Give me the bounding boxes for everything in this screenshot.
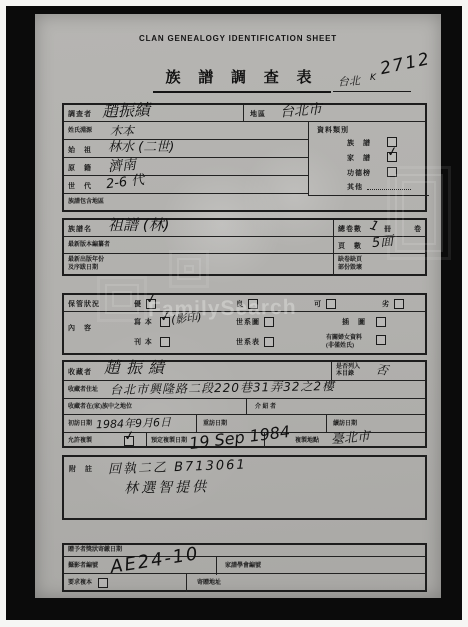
native-place-handwriting: 濟南 — [107, 158, 136, 174]
cell-introducer: 介 紹 者 — [247, 399, 429, 415]
merit-board-checkbox — [387, 167, 397, 177]
first-ancestor-handwriting: 林水 (二世) — [108, 141, 174, 154]
listed-label-line1: 是否列入 — [336, 364, 360, 371]
reference-number: 台北 K 2712 — [328, 54, 438, 94]
condition-poor-label: 劣 — [382, 300, 390, 308]
native-place-label: 原 籍 — [68, 164, 92, 172]
category-label: 資料類別 — [317, 126, 349, 134]
row-publication: 最新出版年份 及序跋日期 缺卷缺頁 部份毀壞 — [64, 254, 425, 276]
notes-line1-handwriting: 回執二乙 B713061 — [108, 459, 247, 477]
pedigree-table-label: 世系表 — [236, 338, 260, 346]
manuscript-checkbox — [160, 317, 170, 327]
surveyor-handwriting: 趙振績 — [102, 102, 151, 120]
merit-board-label: 功德榜 — [347, 169, 371, 177]
copy-request-label: 要求複本 — [68, 580, 92, 587]
other-category-label: 其他 — [347, 183, 363, 191]
printed-edition-checkbox — [160, 337, 170, 347]
row-first-ancestor: 始 祖 林水 (二世) — [64, 140, 308, 158]
introducer-label: 介 紹 者 — [255, 404, 276, 411]
genealogy-form-paper: CLAN GENEALOGY IDENTIFICATION SHEET 族 譜 … — [35, 14, 441, 598]
award-date-label: 贈予者獎狀寄繳日期 — [68, 547, 122, 554]
cell-defects: 缺卷缺頁 部份毀壞 — [334, 254, 429, 276]
form-title: 族 譜 調 查 表 — [153, 66, 331, 93]
cell-copy-request: 要求複本 — [64, 574, 187, 592]
cell-compiler: 最新版本編纂者 — [64, 237, 334, 254]
women-data-note: (非僅姓氏) — [326, 343, 354, 350]
cell-pages: 頁 數 5面 — [334, 237, 429, 254]
clan-genealogy-label: 族 譜 — [347, 139, 371, 147]
notes-label: 附 註 — [69, 465, 93, 473]
printed-edition-label: 刊 本 — [134, 338, 153, 346]
generations-label: 世 代 — [68, 182, 92, 190]
scanned-document-page: CLAN GENEALOGY IDENTIFICATION SHEET 族 譜 … — [0, 0, 468, 627]
category-column: 資料類別 族 譜 家 譜 功德榜 其他 — [309, 122, 429, 196]
condition-good-checkbox — [248, 299, 258, 309]
manuscript-label: 寫 本 — [134, 318, 153, 326]
copy-request-checkbox — [98, 578, 108, 588]
row-owner-address: 收藏者住址 台北市興隆路二段220巷31弄32之2樓 — [64, 381, 425, 399]
cell-owner: 收藏者 趙振績 — [64, 362, 332, 381]
listed-label-line2: 本目錄 — [336, 371, 354, 378]
row-genealogy-name: 族譜名 祖譜 (林) 總卷數 1 冊 卷 — [64, 220, 425, 237]
family-genealogy-checkbox — [387, 152, 397, 162]
ref-k-handwriting: K — [370, 74, 376, 83]
contents-label: 內 容 — [68, 324, 92, 332]
row-compiler: 最新版本編纂者 頁 數 5面 — [64, 237, 425, 254]
pages-handwriting: 5面 — [371, 235, 394, 250]
revisit-label: 重訪日期 — [203, 421, 227, 428]
cell-publication-date: 最新出版年份 及序跋日期 — [64, 254, 334, 276]
pedigree-table-checkbox — [264, 337, 274, 347]
society-number-label: 家譜學會編號 — [225, 563, 261, 570]
section-admin: 贈予者獎狀寄繳日期 攝影者編號 AE24-10 家譜學會編號 要求複本 寄 — [62, 543, 427, 592]
surname-origin-label: 姓氏淵源 — [68, 128, 92, 135]
pages-label: 頁 數 — [338, 242, 362, 250]
volume-count-handwriting: 1 — [368, 219, 380, 234]
volume-count-label: 總卷數 — [338, 225, 362, 233]
surveyor-label: 調查者 — [68, 110, 92, 118]
row-coverage: 族譜包含地區 — [64, 196, 425, 212]
row-generations: 世 代 2-6 代 — [64, 176, 308, 194]
volume-unit-label: 冊 — [384, 225, 392, 233]
women-data-checkbox — [376, 335, 386, 345]
genealogy-name-label: 族譜名 — [68, 225, 92, 233]
ref-underline — [333, 91, 411, 92]
cell-catalog-listed: 是否列入 本目錄 否 — [332, 362, 429, 381]
row-surname-origin: 姓氏淵源 木本 — [64, 122, 308, 140]
district-label: 地區 — [250, 110, 266, 118]
first-ancestor-label: 始 祖 — [68, 146, 92, 154]
survey-left-column: 姓氏淵源 木本 始 祖 林水 (二世) 原 籍 濟南 世 代 2-6 代 — [64, 122, 309, 196]
english-header: CLAN GENEALOGY IDENTIFICATION SHEET — [35, 34, 441, 43]
condition-good-label: 良 — [236, 300, 244, 308]
row-photographer: 攝影者編號 AE24-10 家譜學會編號 — [64, 556, 425, 574]
cell-family-position: 收藏者在(家)族中之地位 — [64, 399, 247, 415]
section-owner: 收藏者 趙振績 是否列入 本目錄 否 收藏者住址 台北市興隆路二段220巷31弄… — [62, 360, 427, 448]
cell-copy-date: 預定複製日期 19 Sep 1984 — [147, 433, 265, 448]
genealogy-name-handwriting: 祖譜 (林) — [108, 218, 169, 233]
row-owner: 收藏者 趙振績 是否列入 本目錄 否 — [64, 362, 425, 381]
illustration-checkbox — [376, 317, 386, 327]
condition-excellent-label: 優 — [134, 300, 142, 308]
row-family-position: 收藏者在(家)族中之地位 介 紹 者 — [64, 399, 425, 415]
notes-line2-handwriting: 林選智提供 — [124, 480, 209, 495]
ref-number-handwriting: 2712 — [379, 51, 433, 78]
copy-place-label: 複製地點 — [295, 438, 319, 445]
cell-followup-visit: 續訪日期 — [327, 415, 429, 433]
permission-checkbox — [124, 436, 134, 446]
generations-handwriting: 2-6 代 — [105, 174, 145, 192]
row-contents: 內 容 寫 本 (影印) 世系圖 插 圖 刊 本 世系表 有關婦女資料 (非僅姓… — [64, 312, 425, 355]
section-volume: 族譜名 祖譜 (林) 總卷數 1 冊 卷 最新版本編纂者 頁 數 5面 — [62, 218, 427, 276]
cell-district: 地區 台北市 — [244, 105, 429, 122]
owner-address-handwriting: 台北市興隆路二段220巷31弄32之2樓 — [110, 380, 335, 396]
cell-society-number: 家譜學會編號 — [217, 557, 429, 575]
manuscript-note-handwriting: (影印) — [171, 311, 203, 325]
cell-photographer-number: 攝影者編號 AE24-10 — [64, 557, 217, 575]
condition-fair-checkbox — [326, 299, 336, 309]
owner-handwriting: 趙振績 — [104, 360, 170, 376]
other-category-dotted-line — [367, 183, 411, 190]
condition-label: 保管狀況 — [68, 300, 100, 308]
section-condition: 保管狀況 優 良 可 劣 內 容 寫 本 (影印) 世系圖 插 圖 刊 本 — [62, 293, 427, 355]
row-award-date: 贈予者獎狀寄繳日期 — [64, 545, 425, 556]
condition-excellent-checkbox — [146, 299, 156, 309]
compiler-label: 最新版本編纂者 — [68, 242, 110, 249]
cell-genealogy-name: 族譜名 祖譜 (林) — [64, 220, 334, 237]
row-native-place: 原 籍 濟南 — [64, 158, 308, 176]
section-notes: 附 註 回執二乙 B713061 林選智提供 — [62, 455, 427, 520]
listed-handwriting: 否 — [375, 363, 389, 377]
row-surveyor: 調查者 趙振績 地區 台北市 — [64, 105, 425, 122]
damaged-parts-label: 部份毀壞 — [338, 265, 362, 272]
surname-origin-handwriting: 木本 — [110, 125, 134, 137]
followup-visit-label: 續訪日期 — [333, 421, 357, 428]
condition-fair-label: 可 — [314, 300, 322, 308]
coverage-label: 族譜包含地區 — [68, 199, 104, 206]
scroll-unit-label: 卷 — [414, 225, 422, 233]
row-copy-permission: 允許複製 預定複製日期 19 Sep 1984 複製地點 臺北市 — [64, 433, 425, 448]
copy-place-handwriting: 臺北市 — [331, 430, 371, 446]
permission-label: 允許複製 — [68, 438, 92, 445]
section-survey: 調查者 趙振績 地區 台北市 姓氏淵源 木本 始 祖 林水 (二世) — [62, 103, 427, 212]
pedigree-chart-label: 世系圖 — [236, 318, 260, 326]
mailing-address-label: 寄贈地址 — [197, 580, 221, 587]
pedigree-chart-checkbox — [264, 317, 274, 327]
publication-year-label: 最新出版年份 — [68, 257, 104, 264]
cell-mailing-address: 寄贈地址 — [187, 574, 429, 592]
preface-date-label: 及序跋日期 — [68, 265, 98, 272]
owner-label: 收藏者 — [68, 368, 92, 376]
family-position-label: 收藏者在(家)族中之地位 — [68, 404, 132, 411]
missing-pages-label: 缺卷缺頁 — [338, 257, 362, 264]
cell-permission: 允許複製 — [64, 433, 147, 448]
ref-city-handwriting: 台北 — [338, 75, 361, 88]
row-condition: 保管狀況 優 良 可 劣 — [64, 295, 425, 312]
women-data-label: 有關婦女資料 — [326, 335, 362, 342]
copy-date-label: 預定複製日期 — [151, 438, 187, 445]
first-visit-label: 初訪日期 — [68, 421, 92, 428]
district-handwriting: 台北市 — [280, 103, 323, 120]
photographer-number-label: 攝影者編號 — [68, 563, 98, 570]
condition-poor-checkbox — [394, 299, 404, 309]
illustration-label: 插 圖 — [342, 318, 366, 326]
cell-surveyor: 調查者 趙振績 — [64, 105, 244, 122]
family-genealogy-label: 家 譜 — [347, 154, 371, 162]
owner-address-label: 收藏者住址 — [68, 387, 98, 394]
